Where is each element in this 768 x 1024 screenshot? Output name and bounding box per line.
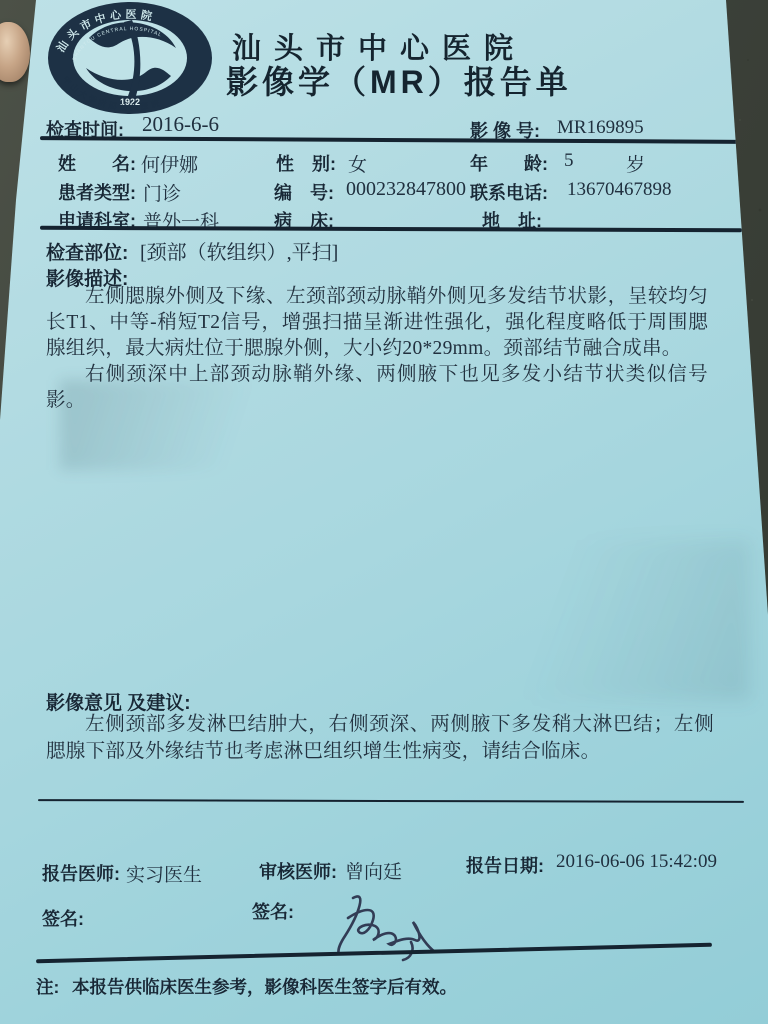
name-label: 姓 名: xyxy=(58,150,136,176)
photo-of-report: 汕头市中心医院 SHANTOU CENTRAL HOSPITAL 1922 中山… xyxy=(0,0,768,1024)
note-text: 本报告供临床医生参考，影像科医生签字后有效。 xyxy=(72,974,457,999)
phone-value: 13670467898 xyxy=(567,179,672,201)
exam-site-label: 检查部位: xyxy=(46,238,128,265)
image-no-value: MR169895 xyxy=(557,117,644,139)
opinion-paragraph: 左侧颈部多发淋巴结肿大，右侧颈深、两侧腋下多发稍大淋巴结；左侧腮腺下部及外缘结节… xyxy=(46,711,714,765)
sign-label-mid: 签名: xyxy=(252,898,294,924)
note-prefix: 注: xyxy=(36,974,59,999)
gender-value: 女 xyxy=(348,150,367,177)
report-doctor-value: 实习医生 xyxy=(126,860,202,887)
review-doctor-value: 曾向廷 xyxy=(345,857,402,884)
dept-value: 普外一科 xyxy=(143,207,219,234)
review-doctor-label: 审核医师: xyxy=(259,858,337,884)
number-label: 编 号: xyxy=(274,179,334,205)
description-text: 左侧腮腺外侧及下缘、左颈部颈动脉鞘外侧见多发结节状影，呈较均匀长T1、中等-稍短… xyxy=(46,284,708,414)
name-value: 何伊娜 xyxy=(141,150,198,177)
patient-type-value: 门诊 xyxy=(143,179,181,206)
sign-label-left: 签名: xyxy=(42,905,84,931)
report-date-label: 报告日期: xyxy=(466,852,544,878)
report-doctor-label: 报告医师: xyxy=(42,860,120,886)
number-value: 000232847800 xyxy=(346,178,466,201)
age-label: 年 龄: xyxy=(470,150,548,176)
divider-line xyxy=(38,799,744,803)
age-value: 5 xyxy=(564,150,574,172)
description-paragraph-1: 左侧腮腺外侧及下缘、左颈部颈动脉鞘外侧见多发结节状影，呈较均匀长T1、中等-稍短… xyxy=(46,284,708,362)
exam-time-value: 2016-6-6 xyxy=(142,112,219,137)
description-paragraph-2: 右侧颈深中上部颈动脉鞘外缘、两侧腋下也见多发小结节状类似信号影。 xyxy=(46,362,708,414)
report-date-value: 2016-06-06 15:42:09 xyxy=(556,851,717,873)
paper-crease xyxy=(420,540,750,700)
phone-label: 联系电话: xyxy=(470,179,548,205)
hospital-logo-icon: 汕头市中心医院 SHANTOU CENTRAL HOSPITAL 1922 中山… xyxy=(44,0,216,120)
patient-type-label: 患者类型: xyxy=(58,179,136,205)
report-title: 影像学（MR）报告单 xyxy=(226,57,572,103)
exam-site-value: [颈部（软组织）,平扫] xyxy=(140,236,338,265)
opinion-text: 左侧颈部多发淋巴结肿大，右侧颈深、两侧腋下多发稍大淋巴结；左侧腮腺下部及外缘结节… xyxy=(46,711,714,765)
age-unit: 岁 xyxy=(626,150,645,177)
gender-label: 性 别: xyxy=(276,150,336,176)
report-paper: 汕头市中心医院 SHANTOU CENTRAL HOSPITAL 1922 中山… xyxy=(0,0,768,1024)
